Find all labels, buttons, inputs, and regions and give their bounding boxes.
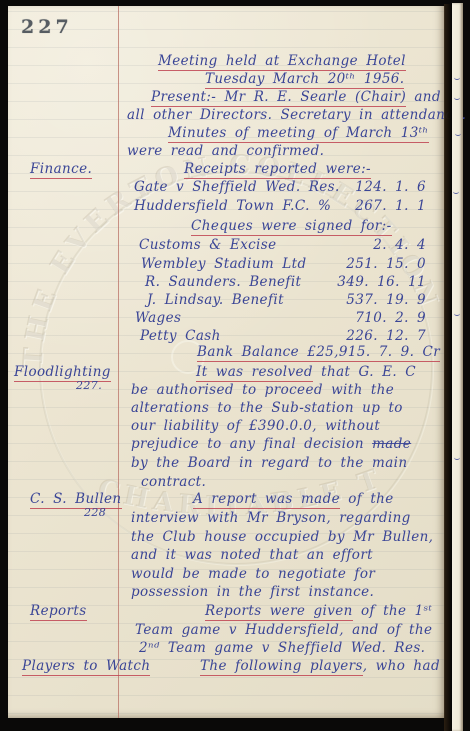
ledger-line: would be made to negotiate for [131, 566, 375, 582]
ledger-line: It was resolved that G. E. C [196, 364, 416, 380]
amount-value: 537. 19. 9 [296, 292, 426, 308]
ledger-line: Meeting held at Exchange Hotel [158, 53, 406, 69]
ledger-line: A report was made of the [193, 491, 394, 507]
margin-note-players: Players to Watch [22, 658, 150, 674]
ledger-line: Cheques were signed for:- [191, 218, 392, 234]
minute-book-photo: THE EVERTON COLLECTION THE EVERTON COLLE… [0, 0, 470, 731]
amount-value: 2. 4. 4 [296, 237, 426, 253]
amount-value: 710. 2. 9 [296, 310, 426, 326]
ink-mark [454, 75, 460, 80]
ledger-line: by the Board in regard to the main [131, 455, 407, 471]
ledger-line: prejudice to any final decision made [131, 436, 411, 452]
red-margin-rule [118, 6, 119, 718]
ink-mark [454, 95, 460, 100]
next-page-edge [452, 3, 463, 731]
ink-mark [453, 189, 459, 194]
ledger-line: alterations to the Sub-station up to [131, 400, 403, 416]
ledger-line: J. Lindsay. Benefit [147, 292, 284, 308]
ledger-line: R. Saunders. Benefit [145, 274, 301, 290]
ledger-line: were read and confirmed. [127, 143, 324, 159]
ink-mark [454, 455, 460, 460]
margin-note-bullen: C. S. Bullen [30, 491, 122, 507]
ledger-line: Present:- Mr R. E. Searle (Chair) and [151, 89, 441, 105]
amount-value: 267. 1. 1 [296, 198, 426, 214]
ledger-line: and it was noted that an effort [131, 547, 373, 563]
ledger-line: all other Directors. Secretary in attend… [127, 107, 466, 123]
margin-note-reports: Reports [30, 603, 87, 619]
amount-value: 226. 12. 7 [296, 328, 426, 344]
folio-number-stamp: 227 [21, 16, 73, 38]
margin-note-floodlighting-ref: 227. [76, 378, 102, 394]
margin-note-bullen-ref: 228 [84, 505, 106, 521]
ledger-line: contract. [141, 474, 206, 490]
ink-mark [455, 131, 461, 136]
ledger-line: interview with Mr Bryson, regarding [131, 510, 411, 526]
ledger-line: Reports were given of the 1ˢᵗ [205, 603, 432, 619]
margin-note-finance: Finance. [30, 161, 92, 177]
ledger-line: Minutes of meeting of March 13ᵗʰ [168, 125, 429, 141]
ledger-line: the Club house occupied by Mr Bullen, [131, 529, 433, 545]
ledger-line: Tuesday March 20ᵗʰ 1956. [205, 71, 404, 87]
amount-value: 251. 15. 0 [296, 256, 426, 272]
amount-value: 124. 1. 6 [296, 179, 426, 195]
ledger-line: Petty Cash [140, 328, 221, 344]
ledger-line: Team game v Huddersfield, and of the [135, 622, 432, 638]
ledger-line: Wembley Stadium Ltd [141, 256, 307, 272]
ledger-line: Customs & Excise [139, 237, 277, 253]
book-gutter [444, 4, 452, 731]
amount-value: 349. 16. 11 [296, 274, 426, 290]
ledger-line: Wages [135, 310, 181, 326]
struck-word: made [372, 436, 411, 452]
ledger-line: Receipts reported were:- [184, 161, 371, 177]
ledger-line: possession in the first instance. [131, 584, 374, 600]
ink-mark [454, 311, 460, 316]
ledger-line: Bank Balance £25,915. 7. 9. Cr [197, 344, 440, 360]
ledger-line: our liability of £390.0.0, without [131, 418, 380, 434]
ledger-line: be authorised to proceed with the [131, 382, 394, 398]
ledger-line: The following players, who had [200, 658, 440, 674]
ledger-line: 2ⁿᵈ Team game v Sheffield Wed. Res. [139, 640, 425, 656]
